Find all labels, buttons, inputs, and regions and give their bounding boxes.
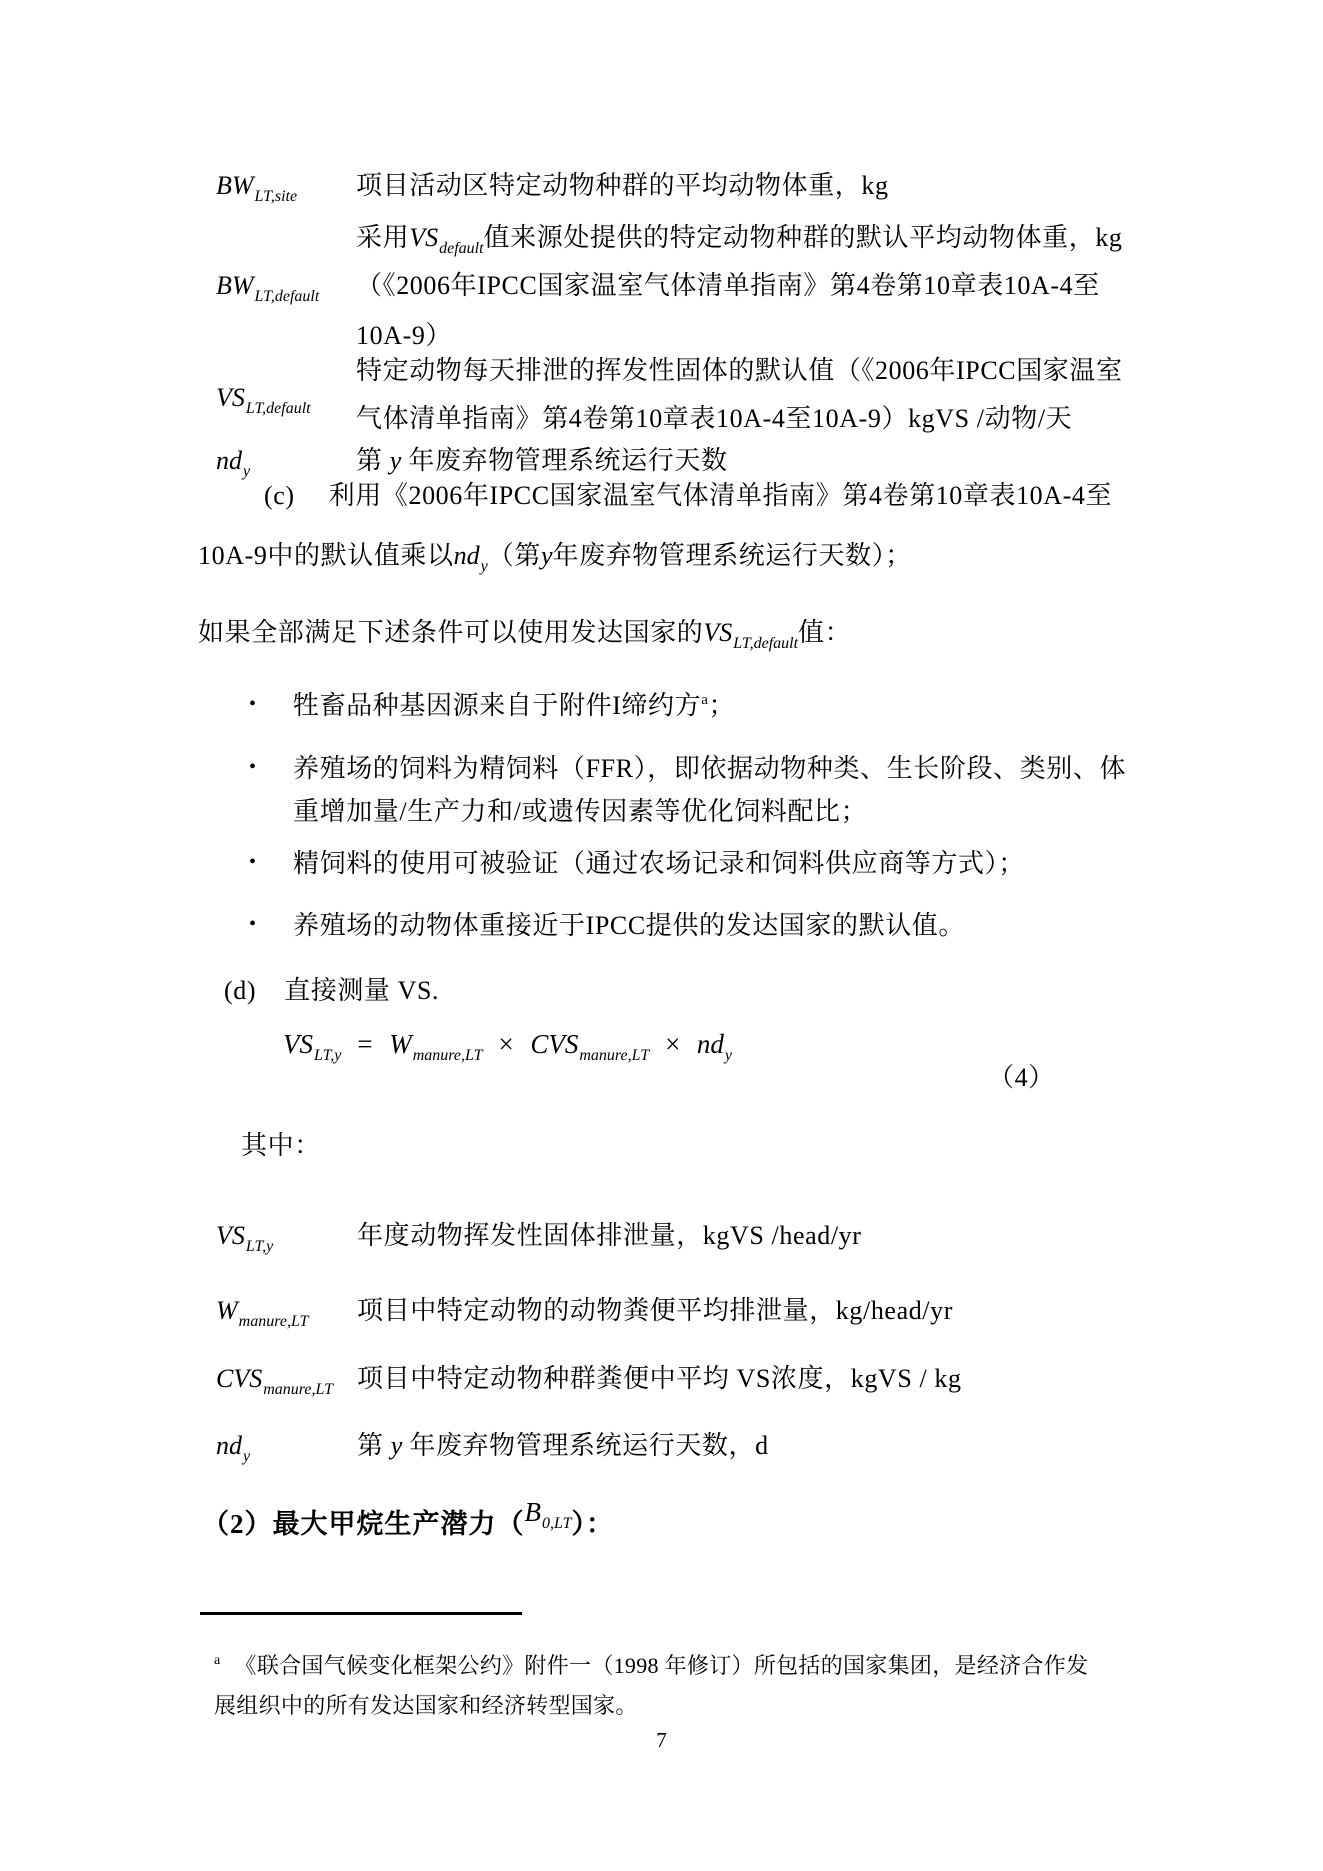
symbol-base: CVS [216,1364,262,1393]
symbol-sub: y [243,463,250,480]
symbol-base: nd [216,446,242,475]
definition-cvs-manure: 项目中特定动物种群粪便中平均 VS浓度，kgVS / kg [357,1363,962,1396]
equation-number: （4） [988,1062,1055,1095]
text-segment: 《联合国气候变化框架公约》附件一（1998 年修订）所包括的国家集团，是经济合作… [235,1653,1089,1678]
paragraph-d: (d)直接测量 VS. [224,975,439,1008]
page-number: 7 [0,1728,1323,1753]
footnote-line1: a《联合国气候变化框架公约》附件一（1998 年修订）所包括的国家集团，是经济合… [214,1652,1088,1680]
symbol-vs-lt-y: VS [283,1029,313,1059]
symbol-sub: manure,LT [239,1313,309,1330]
definition-w-manure: 项目中特定动物的动物粪便平均排泄量，kg/head/yr [357,1295,953,1328]
footnote-ref-a: a [701,692,708,708]
symbol-sub: manure,LT [413,1047,483,1064]
symbol-sub: 0,LT [542,1515,571,1532]
bullet-icon: • [249,755,257,780]
symbol-sub: LT,default [733,635,798,652]
footnote-separator [200,1612,522,1615]
text-segment: 精饲料的使用可被验证（通过农场记录和饲料供应商等方式）； [293,849,1025,878]
symbol-nd-y: nd [697,1029,724,1059]
text-segment: 年废弃物管理系统运行天数，d [402,1431,769,1460]
symbol-vs-default-ref: VS [409,223,438,252]
symbol-base: VS [216,383,245,412]
paragraph-c-line1: (c)利用《2006年IPCC国家温室气体清单指南》第4卷第10章表10A-4至 [264,480,1112,513]
text-segment: ； [709,691,736,720]
definition-bw-default-line1: 采用VSdefault值来源处提供的特定动物种群的默认平均动物体重，kg [356,222,1123,259]
symbol-base: W [216,1296,238,1325]
bullet-item-2-line2: 重增加量/生产力和/或遗传因素等优化饲料配比； [293,796,867,829]
symbol-sub: default [439,240,483,257]
symbol-sub: LT,site [255,188,298,205]
multiply-sign: × [498,1029,514,1059]
inline-var-vs: VS [703,618,732,647]
symbol-base: BW [216,271,254,300]
text-segment: 直接测量 VS. [284,976,439,1005]
symbol-base: BW [216,171,254,200]
symbol-sub: LT,y [246,1238,273,1255]
definition-bw-site: 项目活动区特定动物种群的平均动物体重，kg [356,170,889,203]
symbol-sub: y [725,1047,732,1064]
text-segment: 利用《2006年IPCC国家温室气体清单指南》第4卷第10章表10A-4至 [329,481,1112,510]
multiply-sign: × [665,1029,681,1059]
list-marker-c: (c) [264,480,295,513]
text-segment: 年废弃物管理系统运行天数 [401,446,727,475]
equation-4: VSLT,y=Wmanure,LT×CVSmanure,LT×ndy [283,1028,732,1066]
symbol-sub: manure,LT [263,1381,333,1398]
footnote-line2: 展组织中的所有发达国家和经济转型国家。 [214,1692,638,1720]
document-page: BWLT,site 项目活动区特定动物种群的平均动物体重，kg 采用VSdefa… [0,0,1323,1871]
section-heading-2: （2）最大甲烷生产潜力（B0,LT）： [202,1508,614,1546]
inline-var-y: y [390,446,402,475]
bullet-item-3: •精饲料的使用可被验证（通过农场记录和饲料供应商等方式）； [249,848,1025,881]
text-segment: 牲畜品种基因源来自于附件I缔约方 [293,691,701,720]
bullet-icon: • [249,850,257,875]
paragraph-conditions: 如果全部满足下述条件可以使用发达国家的VSLT,default值： [198,617,851,654]
text-segment: 如果全部满足下述条件可以使用发达国家的 [198,618,703,647]
bullet-icon: • [249,692,257,717]
symbol-nd-y: ndy [216,445,250,482]
footnote-marker-a: a [214,1653,221,1668]
text-segment: 养殖场的饲料为精饲料（FFR），即依据动物种类、生长阶段、类别、体 [293,754,1126,783]
paragraph-c-line2: 10A-9中的默认值乘以ndy（第y年废弃物管理系统运行天数）； [198,540,912,577]
symbol-sub: y [481,558,488,575]
text-segment: 第 [356,446,390,475]
symbol-cvs-manure: CVS [530,1029,578,1059]
symbol-sub: y [243,1448,250,1465]
symbol-w-manure: W [389,1029,412,1059]
symbol-base: VS [216,1221,245,1250]
text-segment: （第 [488,541,541,570]
equals-sign: = [357,1029,373,1059]
symbol-sub: LT,default [246,400,311,417]
definition-vs-lt-y: 年度动物挥发性固体排泄量，kgVS /head/yr [357,1220,862,1253]
text-segment: 值来源处提供的特定动物种群的默认平均动物体重，kg [484,223,1123,252]
symbol-vs-lt-y: VSLT,y [216,1220,273,1257]
bullet-item-1: •牲畜品种基因源来自于附件I缔约方a； [249,690,735,723]
inline-var-nd: nd [454,541,480,570]
text-segment: 值： [798,618,851,647]
text-segment: 第 [357,1431,391,1460]
symbol-sub: manure,LT [579,1047,649,1064]
definition-vs-default-line1: 特定动物每天排泄的挥发性固体的默认值（《2006年IPCC国家温室 [356,355,1123,388]
symbol-nd-y-bottom: ndy [216,1430,250,1467]
definition-nd-y: 第 y 年废弃物管理系统运行天数 [356,445,728,478]
inline-var-y: y [541,541,553,570]
text-segment: 年废弃物管理系统运行天数）； [553,541,912,570]
symbol-b0-lt: B0,LT [525,1497,572,1527]
text-segment: 采用 [356,223,409,252]
symbol-bw-site: BWLT,site [216,170,297,207]
bullet-icon: • [249,912,257,937]
symbol-cvs-manure: CVSmanure,LT [216,1363,333,1400]
symbol-vs-lt-default: VSLT,default [216,382,311,419]
text-segment: （2）最大甲烷生产潜力（ [202,1509,525,1539]
definition-bw-default-line3: 10A-9） [356,320,452,353]
bullet-item-4: •养殖场的动物体重接近于IPCC提供的发达国家的默认值。 [249,910,965,943]
inline-var-y: y [391,1431,403,1460]
symbol-base: B [525,1497,542,1527]
symbol-w-manure: Wmanure,LT [216,1295,308,1332]
definition-vs-default-line2: 气体清单指南》第4卷第10章表10A-4至10A-9）kgVS /动物/天 [356,403,1072,436]
definition-bw-default-line2: （《2006年IPCC国家温室气体清单指南》第4卷第10章表10A-4至 [356,270,1100,303]
text-segment: 养殖场的动物体重接近于IPCC提供的发达国家的默认值。 [293,911,965,940]
symbol-base: nd [216,1431,242,1460]
bullet-item-2-line1: •养殖场的饲料为精饲料（FFR），即依据动物种类、生长阶段、类别、体 [249,753,1126,786]
text-segment: 10A-9中的默认值乘以 [198,541,454,570]
definition-nd-y-bottom: 第 y 年废弃物管理系统运行天数，d [357,1430,769,1463]
symbol-bw-default: BWLT,default [216,270,319,307]
where-label: 其中： [241,1130,321,1163]
symbol-sub: LT,y [314,1047,341,1064]
text-segment: ）： [571,1509,614,1539]
list-marker-d: (d) [224,975,256,1008]
symbol-sub: LT,default [255,288,320,305]
